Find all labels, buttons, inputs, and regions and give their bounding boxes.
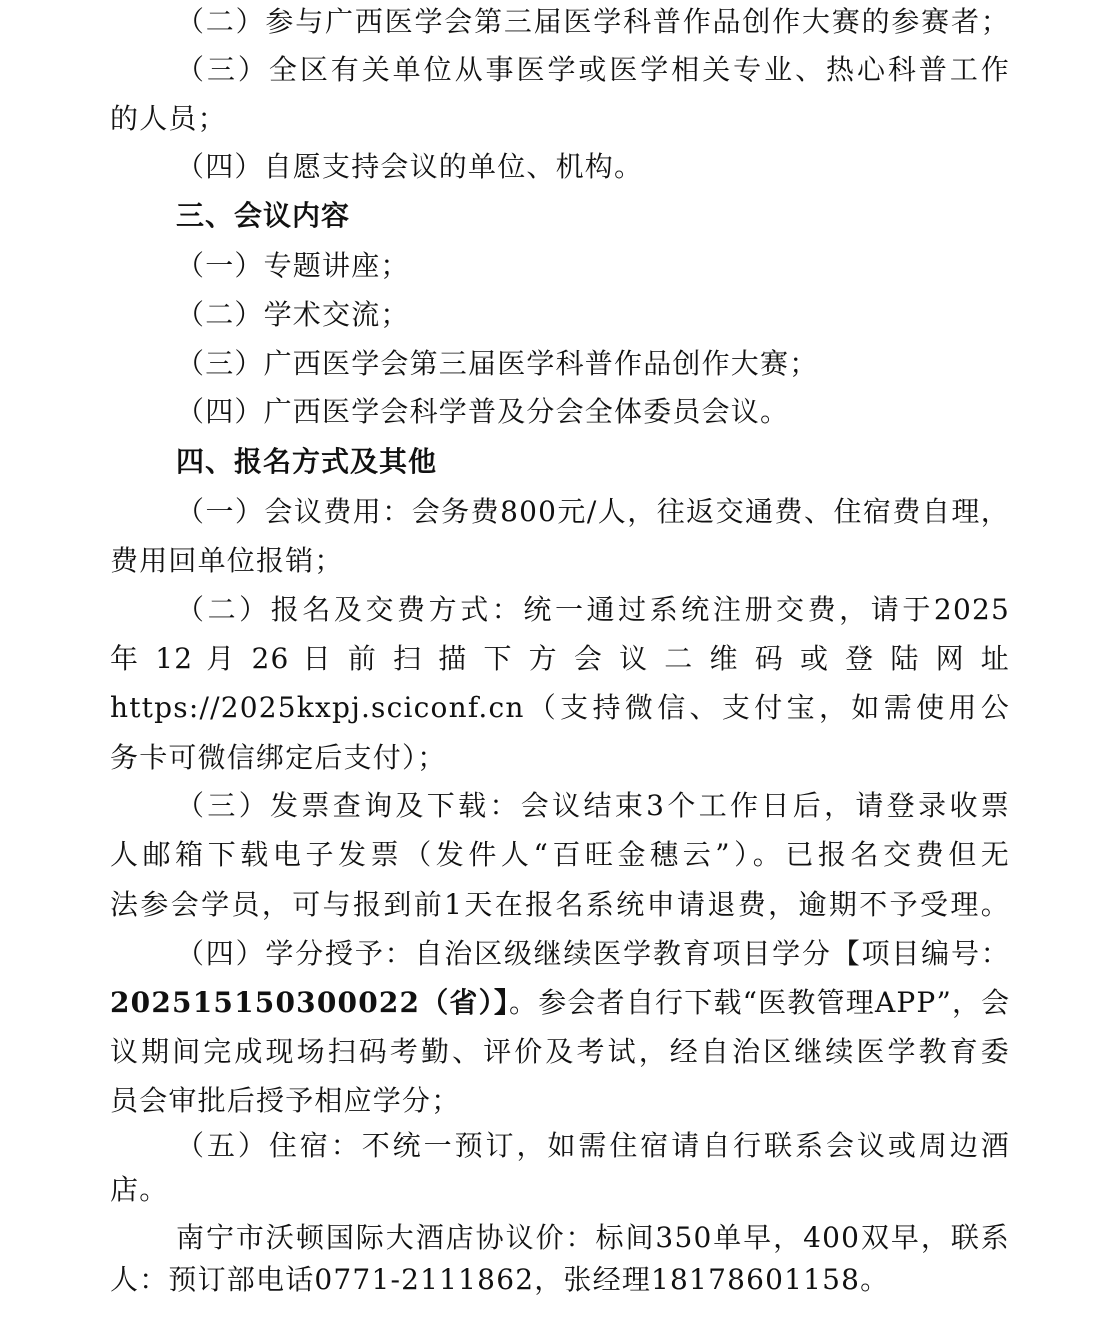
- section-heading-registration: 四、报名方式及其他: [176, 442, 1010, 482]
- paragraph-line: （三）发票查询及下载：会议结束3个工作日后，请登录收票: [176, 786, 1010, 826]
- paragraph-line: （二）报名及交费方式：统一通过系统注册交费，请于2025: [176, 590, 1010, 630]
- paragraph-line: （一）专题讲座；: [176, 246, 1010, 286]
- hotel-info-line: 南宁市沃顿国际大酒店协议价：标间350单早，400双早，联系: [176, 1218, 1010, 1258]
- paragraph-line: 的人员；: [110, 99, 1010, 139]
- paragraph-line: （四）学分授予：自治区级继续医学教育项目学分【项目编号：: [176, 934, 1010, 974]
- paragraph-line: （二）参与广西医学会第三届医学科普作品创作大赛的参赛者；: [176, 2, 1010, 42]
- project-number-line: 202515150300022（省）】。参会者自行下载“医教管理APP”，会: [110, 983, 1010, 1023]
- paragraph-line: 员会审批后授予相应学分；: [110, 1081, 1010, 1121]
- paragraph-line: 人邮箱下载电子发票（发件人“百旺金穗云”）。已报名交费但无: [110, 835, 1010, 875]
- paragraph-line: 议期间完成现场扫码考勤、评价及考试，经自治区继续医学教育委: [110, 1032, 1010, 1072]
- paragraph-line: 费用回单位报销；: [110, 541, 1010, 581]
- section-heading-content: 三、会议内容: [176, 196, 1010, 236]
- paragraph-line: 店。: [110, 1170, 1010, 1210]
- paragraph-text: 。参会者自行下载“医教管理APP”，会: [509, 986, 1010, 1019]
- paragraph-line: 务卡可微信绑定后支付）；: [110, 738, 1010, 778]
- document-page: （二）参与广西医学会第三届医学科普作品创作大赛的参赛者； （三）全区有关单位从事…: [0, 0, 1117, 1318]
- paragraph-line: （五）住宿：不统一预订，如需住宿请自行联系会议或周边酒: [176, 1126, 1010, 1166]
- project-number: 202515150300022（省）】: [110, 986, 509, 1019]
- paragraph-line: （四）自愿支持会议的单位、机构。: [176, 147, 1010, 187]
- hotel-contact-line: 人：预订部电话0771-2111862，张经理18178601158。: [110, 1260, 1010, 1300]
- paragraph-line: （一）会议费用：会务费800元/人，往返交通费、住宿费自理，: [176, 492, 1010, 532]
- paragraph-line: 法参会学员，可与报到前1天在报名系统申请退费，逾期不予受理。: [110, 885, 1010, 925]
- paragraph-line: （三）广西医学会第三届医学科普作品创作大赛；: [176, 344, 1010, 384]
- paragraph-line: （四）广西医学会科学普及分会全体委员会议。: [176, 392, 1010, 432]
- registration-url-line: https://2025kxpj.sciconf.cn（支持微信、支付宝，如需使…: [110, 688, 1010, 728]
- paragraph-line: （三）全区有关单位从事医学或医学相关专业、热心科普工作: [176, 50, 1010, 90]
- paragraph-line: 年 12 月 26 日 前 扫 描 下 方 会 议 二 维 码 或 登 陆 网 …: [110, 639, 1010, 679]
- paragraph-line: （二）学术交流；: [176, 295, 1010, 335]
